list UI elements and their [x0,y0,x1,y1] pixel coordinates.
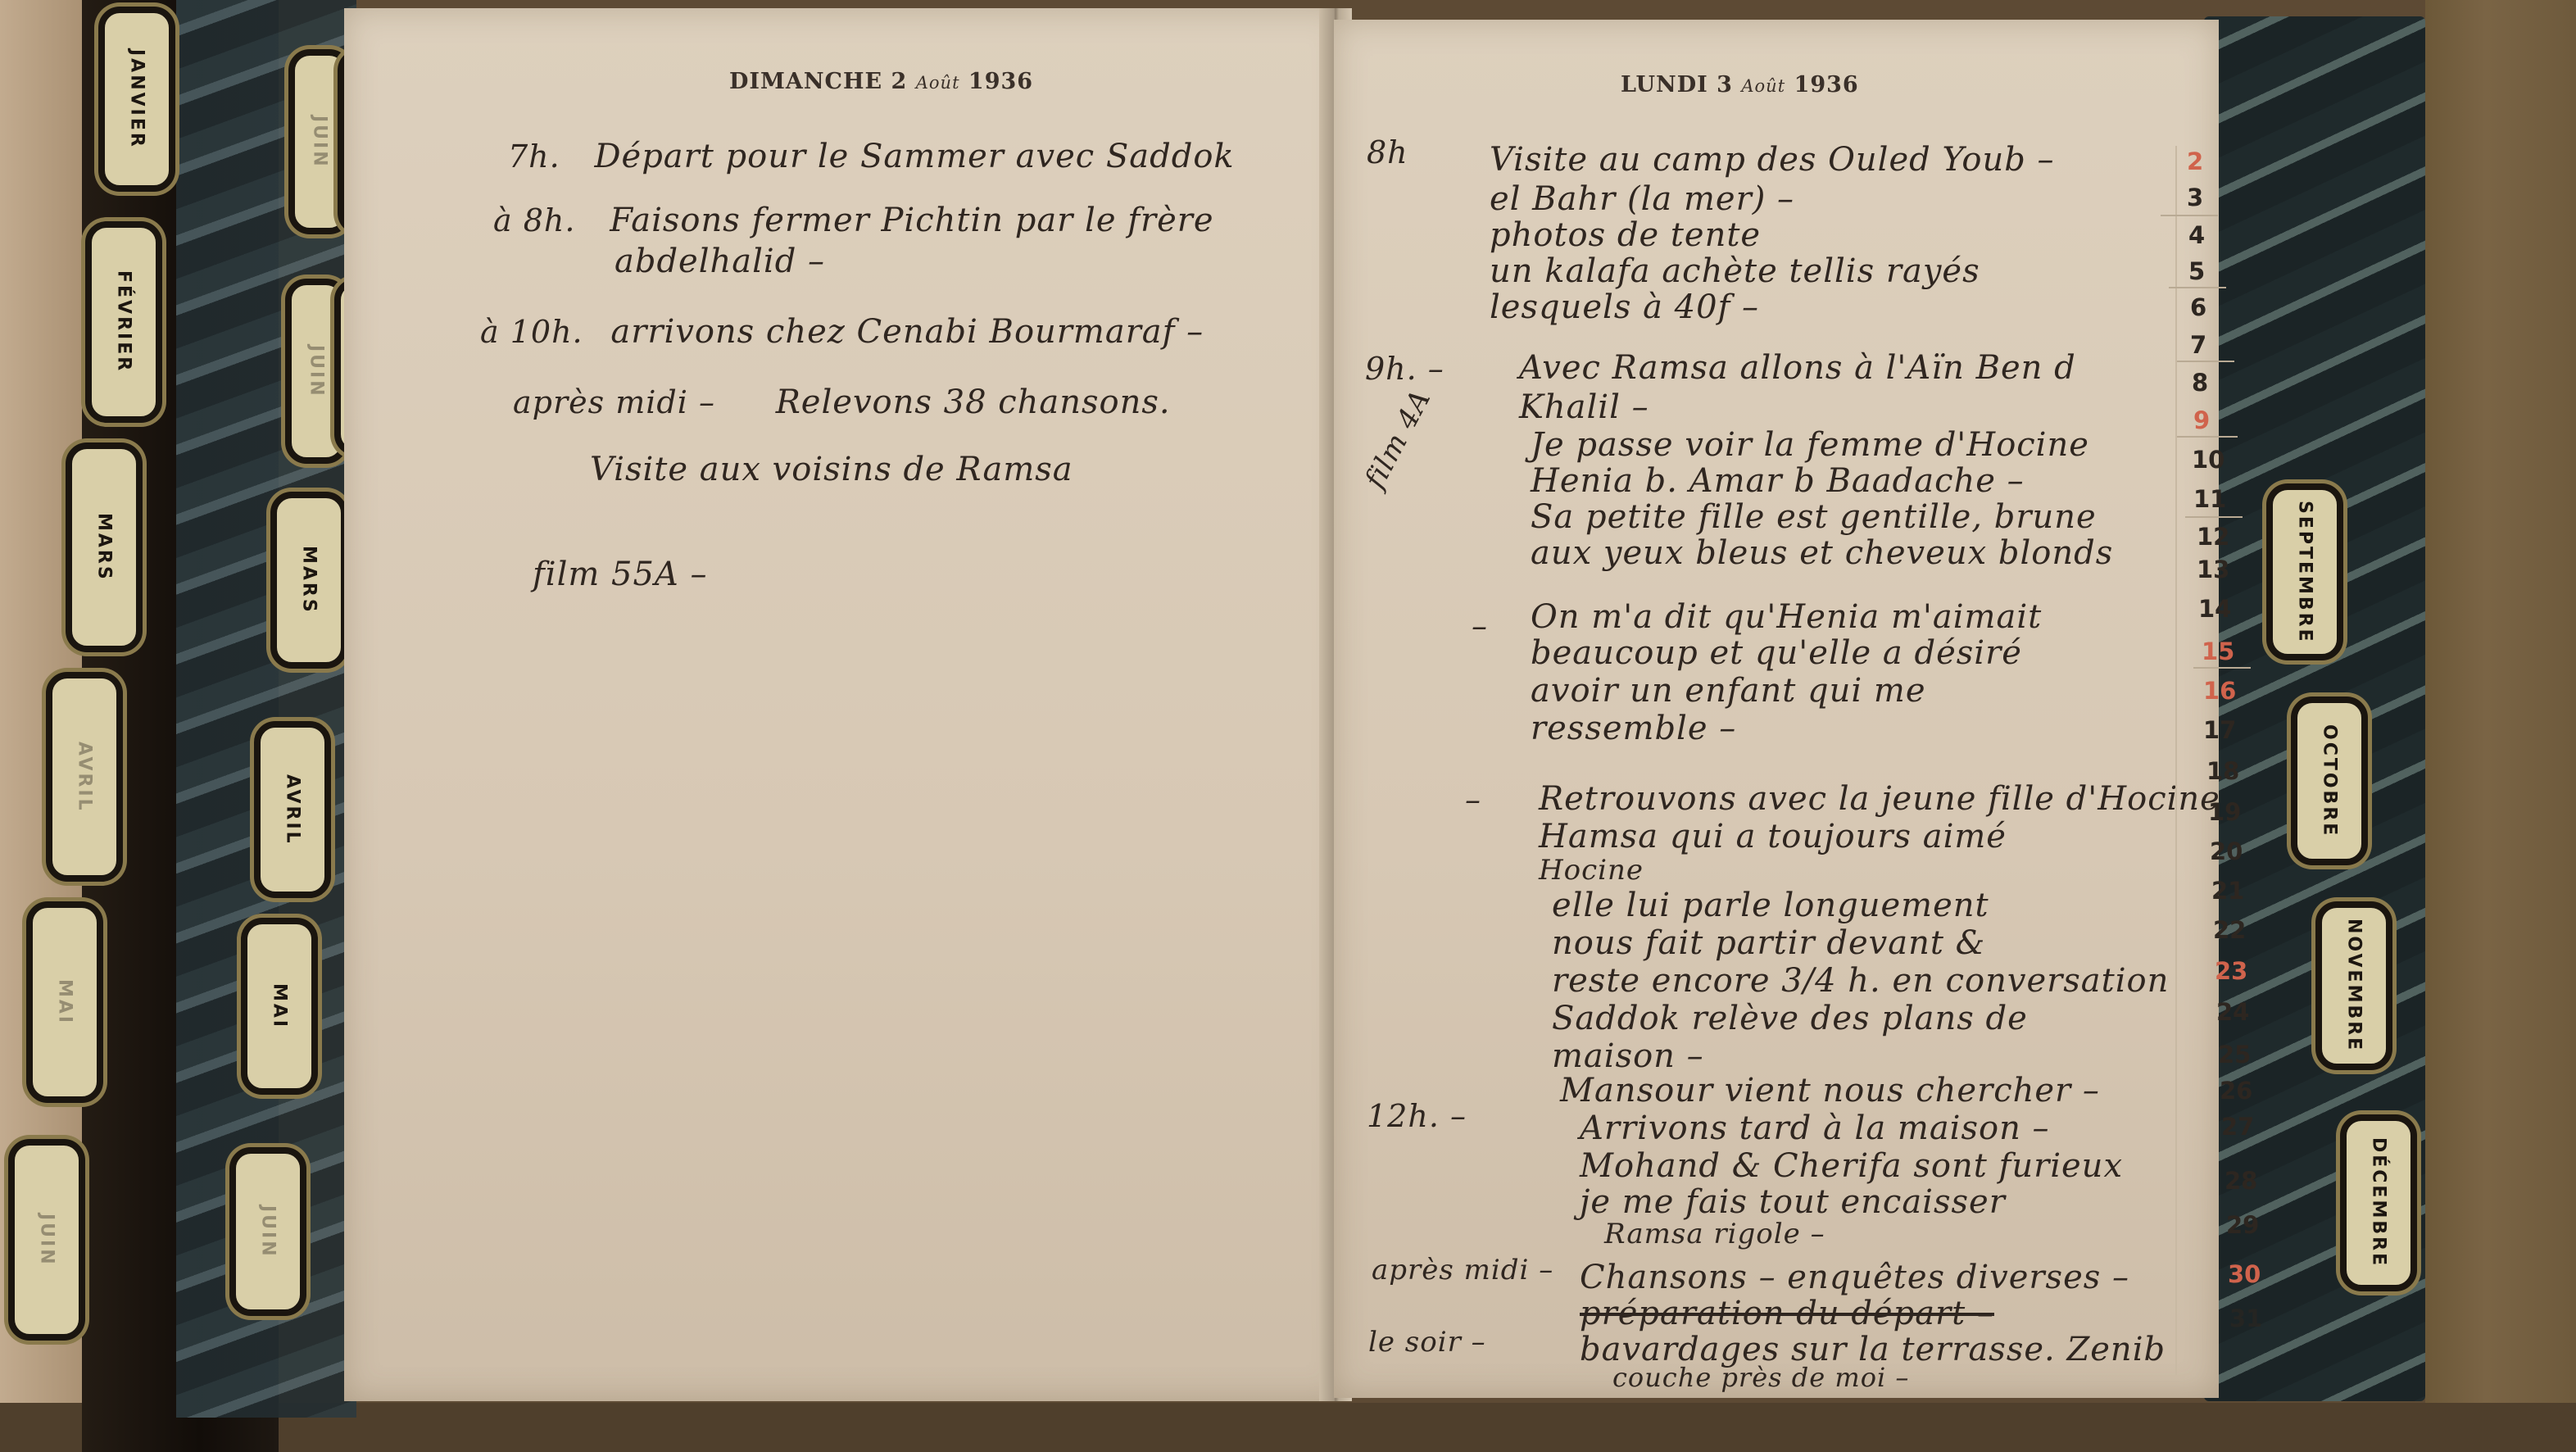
diary-page-right: LUNDI 3 Août 1936 film 4A 8h 9h. – – – 1… [1334,20,2219,1398]
month-tab-septembre[interactable]: SEPTEMBRE [2266,483,2343,660]
day-index-29[interactable]: 29 [2226,1211,2259,1239]
diary-entry: à 8h. Faisons fermer Pichtin par le frèr… [493,202,1214,239]
diary-line: On m'a dit qu'Henia m'aimait [1531,598,2042,636]
month-tab-mars-inner[interactable]: MARS [270,492,347,669]
diary-line: nous fait partir devant & [1552,924,1985,962]
month-tab-mars[interactable]: MARS [66,442,143,652]
day-index-15[interactable]: 15 [2202,638,2234,665]
month-tab-novembre[interactable]: NOVEMBRE [2315,901,2392,1070]
day-index-8[interactable]: 8 [2192,369,2208,397]
time-label: – [1465,782,1481,818]
day-index-14[interactable]: 14 [2198,595,2231,623]
diary-line: Retrouvons avec la jeune fille d'Hocine [1539,780,2220,818]
month-tab-fevrier[interactable]: FÉVRIER [85,221,162,423]
month-tab-juin-inner-3[interactable]: JUIN [229,1147,306,1316]
day-index-5[interactable]: 5 [2188,257,2205,285]
diary-line: Visite au camp des Ouled Youb – [1490,141,2055,179]
diary-entry: 7h. Départ pour le Sammer avec Saddok [508,138,1235,175]
diary-line: el Bahr (la mer) – [1490,180,1794,218]
diary-line: Saddok relève des plans de [1552,1000,2028,1037]
day-index-27[interactable]: 27 [2221,1113,2254,1141]
diary-line: maison – [1552,1037,1704,1075]
day-index-16[interactable]: 16 [2203,677,2236,705]
diary-line: couche près de moi – [1612,1362,1909,1393]
day-index-19[interactable]: 19 [2208,798,2241,826]
time-label: le soir – [1368,1326,1486,1359]
tab-divider [2193,667,2251,669]
margin-note: film 4A [1358,384,1438,494]
day-index-4[interactable]: 4 [2188,221,2205,249]
tab-divider [2177,436,2238,438]
diary-line: Je passe voir la femme d'Hocine [1531,426,2089,464]
diary-line: Mansour vient nous chercher – [1560,1072,2100,1109]
table-surface-right [2425,0,2576,1452]
month-tab-mai-inner[interactable]: MAI [241,918,318,1095]
day-index-17[interactable]: 17 [2203,716,2236,744]
tab-divider [2177,361,2234,362]
time-label: 9h. – [1365,351,1444,387]
diary-line: Henia b. Amar b Baadache – [1531,462,2025,500]
day-index-26[interactable]: 26 [2220,1077,2252,1105]
day-index-9[interactable]: 9 [2193,406,2210,434]
diary-line: Khalil – [1519,388,1649,426]
tab-divider [2185,516,2243,518]
diary-line: reste encore 3/4 h. en conversation [1552,962,2169,1000]
diary-line: elle lui parle longuement [1552,887,1989,924]
day-index-24[interactable]: 24 [2216,998,2249,1026]
diary-line: lesquels à 40f – [1490,288,1759,326]
month-tab-avril[interactable]: AVRIL [46,672,123,882]
diary-entry: film 55A – [533,556,708,593]
tab-divider [2169,287,2226,288]
diary-entry: abdelhalid – [615,243,825,280]
day-index-6[interactable]: 6 [2190,293,2206,321]
month-tab-mai[interactable]: MAI [26,901,103,1103]
day-index-18[interactable]: 18 [2206,757,2239,785]
page-date-header: DIMANCHE 2 Août 1936 [729,69,1033,94]
day-index-30[interactable]: 30 [2228,1260,2261,1288]
day-index-22[interactable]: 22 [2213,916,2246,944]
diary-line: photos de tente [1490,216,1761,254]
day-index-10[interactable]: 10 [2192,446,2225,474]
day-index-23[interactable]: 23 [2215,957,2247,985]
diary-line: aux yeux bleus et cheveux blonds [1531,534,2113,572]
tab-divider [2161,215,2218,216]
diary-line-struck: préparation du départ – [1580,1295,1994,1332]
diary-line: je me fais tout encaisser [1580,1183,2006,1221]
day-index-11[interactable]: 11 [2193,485,2226,513]
day-index-25[interactable]: 25 [2218,1041,2251,1069]
time-label: 8h [1367,134,1408,170]
time-label: après midi – [1372,1254,1553,1286]
page-date-header: LUNDI 3 Août 1936 [1621,72,1859,98]
day-index-31[interactable]: 31 [2229,1305,2262,1332]
day-index-3[interactable]: 3 [2187,184,2203,211]
day-index-column: 2 3 4 5 6 7 8 9 10 11 12 13 14 15 16 17 … [2175,146,2252,1375]
diary-page-left: DIMANCHE 2 Août 1936 7h. Départ pour le … [344,8,1345,1401]
diary-line: Chansons – enquêtes diverses – [1580,1259,2129,1296]
month-tab-avril-inner[interactable]: AVRIL [254,721,331,898]
diary-line: beaucoup et qu'elle a désiré [1531,634,2022,672]
day-index-20[interactable]: 20 [2210,837,2243,865]
day-index-12[interactable]: 12 [2197,523,2229,551]
day-index-28[interactable]: 28 [2225,1167,2257,1195]
day-index-13[interactable]: 13 [2197,556,2229,583]
month-tab-janvier[interactable]: JANVIER [98,7,175,192]
month-tab-octobre[interactable]: OCTOBRE [2291,697,2368,865]
diary-line: Hamsa qui a toujours aimé [1539,818,2007,855]
day-index-21[interactable]: 21 [2211,877,2244,905]
diary-line: avoir un enfant qui me [1531,672,1926,710]
diary-line: Hocine [1539,854,1644,887]
diary-entry: après midi – Relevons 38 chansons. [513,383,1171,421]
diary-line: Ramsa rigole – [1604,1218,1825,1250]
diary-line: Mohand & Cherifa sont furieux [1580,1147,2123,1185]
diary-line: Arrivons tard à la maison – [1580,1109,2050,1147]
table-surface-bottom [0,1403,2576,1452]
day-index-7[interactable]: 7 [2190,331,2206,359]
diary-entry: Visite aux voisins de Ramsa [590,451,1073,488]
diary-line: Sa petite fille est gentille, brune [1531,498,2097,536]
month-tab-decembre[interactable]: DÉCEMBRE [2340,1114,2417,1291]
day-index-2[interactable]: 2 [2187,147,2203,175]
month-tab-juin[interactable]: JUIN [8,1139,85,1341]
diary-line: un kalafa achète tellis rayés [1490,252,1980,290]
diary-line: Avec Ramsa allons à l'Aïn Ben d [1519,349,2076,387]
diary-entry: à 10h. arrivons chez Cenabi Bourmaraf – [480,313,1204,351]
time-label: – [1472,608,1488,644]
time-label: 12h. – [1367,1098,1467,1134]
diary-line: ressemble – [1531,710,1736,747]
